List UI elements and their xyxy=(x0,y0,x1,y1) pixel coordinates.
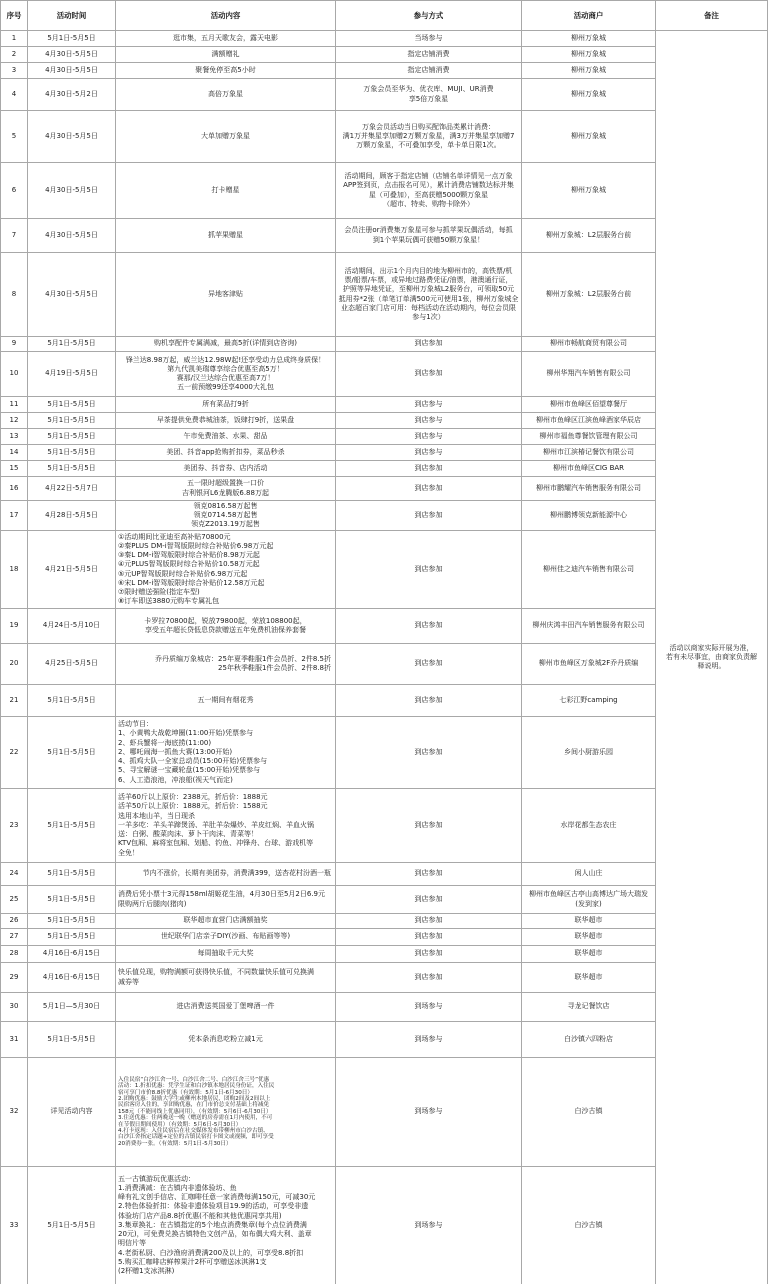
cell-merchant: 闲人山庄 xyxy=(522,863,656,886)
cell-content: 领克0816.58万起售 领克0714.58万起售 领克Z2013.19万起售 xyxy=(116,501,336,531)
cell-content: 锋兰达8.98万起，威兰达12.98W起!还享受动力总成终身质保！ 第九代凯美瑞… xyxy=(116,352,336,397)
cell-content: ①活动期间比亚迪至高补贴70800元 ②秦PLUS DM-i智驾版限时综合补贴价… xyxy=(116,531,336,609)
cell-merchant: 联华超市 xyxy=(522,946,656,963)
cell-time: 4月28日-5月5日 xyxy=(28,501,116,531)
cell-merchant: 柳州市畅航商贸有限公司 xyxy=(522,337,656,352)
table-row: 32详见活动内容入住民宿“白沙江舍一号、白沙江舍二号、白沙江舍三号”优惠 活动：… xyxy=(1,1058,768,1167)
cell-participation: 指定店铺消费 xyxy=(336,63,522,79)
cell-participation: 万象会员活动当日购买配饰品类累计消费： 满1万并集星享加赠2万颗万象星，满3万并… xyxy=(336,111,522,163)
cell-merchant: 柳州庆鸿丰田汽车销售服务有限公司 xyxy=(522,609,656,644)
table-row: 54月30日-5月5日大单加赠万象星万象会员活动当日购买配饰品类累计消费： 满1… xyxy=(1,111,768,163)
cell-time: 4月25日-5月5日 xyxy=(28,644,116,685)
cell-participation: 当场参与 xyxy=(336,31,522,47)
table-row: 184月21日-5月5日①活动期间比亚迪至高补贴70800元 ②秦PLUS DM… xyxy=(1,531,768,609)
cell-time: 4月30日-5月5日 xyxy=(28,47,116,63)
table-row: 294月16日-6月15日快乐值兑现，购物满额可获得快乐值，不同数量快乐值可兑换… xyxy=(1,963,768,993)
table-row: 125月1日-5月5日早茶提供免费恭城油茶，饭肆打9折，送果盘到店参与柳州市鱼峰… xyxy=(1,413,768,429)
cell-content: 消费后凭小票十3元得158ml胡姬花生油，4月30日至5月2日6.9元 限购两斤… xyxy=(116,886,336,914)
cell-index: 31 xyxy=(1,1022,28,1058)
cell-time: 4月30日-5月5日 xyxy=(28,63,116,79)
cell-merchant: 寻龙记餐饮店 xyxy=(522,993,656,1022)
cell-content: 所有菜品打9折 xyxy=(116,397,336,413)
cell-time: 5月1日-5月5日 xyxy=(28,445,116,461)
table-body: 15月1日-5月5日逛市集，五月天歌友会，露天电影当场参与柳州万象城活动以商家实… xyxy=(1,31,768,1284)
table-row: 84月30日-5月5日异地客津贴活动期间，出示1个月内目的地为柳州市的，高铁票/… xyxy=(1,253,768,337)
cell-merchant: 联华超市 xyxy=(522,914,656,929)
cell-merchant: 柳州市鱼峰区万象城2F乔丹质编 xyxy=(522,644,656,685)
cell-index: 20 xyxy=(1,644,28,685)
cell-index: 8 xyxy=(1,253,28,337)
cell-content: 五一古镇游玩优惠活动： 1.消费满减：在古镇内非遗体验坊、鱼 峰有礼文创手信店、… xyxy=(116,1167,336,1284)
cell-content: 乔丹质编万象城店：25年夏季鞋服1件会员折、2件8.5折 25年秋季鞋服1件会员… xyxy=(116,644,336,685)
cell-participation: 到店参加 xyxy=(336,352,522,397)
cell-participation: 到场参与 xyxy=(336,993,522,1022)
cell-index: 25 xyxy=(1,886,28,914)
cell-content: 美团券、抖音券、店内活动 xyxy=(116,461,336,477)
table-row: 115月1日-5月5日所有菜品打9折到店参与柳州市鱼峰区佰望尊餐厅 xyxy=(1,397,768,413)
cell-merchant: 柳州万象城 xyxy=(522,111,656,163)
cell-time: 4月24日-5月10日 xyxy=(28,609,116,644)
cell-index: 16 xyxy=(1,477,28,501)
cell-content: 入住民宿“白沙江舍一号、白沙江舍二号、白沙江舍三号”优惠 活动：1.折扣优惠：凭… xyxy=(116,1058,336,1167)
cell-content: 联华超市直营门店满额抽奖 xyxy=(116,914,336,929)
table-row: 245月1日-5月5日节内不涨价，长期有美团券，消费满399，送杏花村汾酒一瓶到… xyxy=(1,863,768,886)
table-row: 135月1日-5月5日午市免费油茶、水果、甜品到店参与柳州市福鱼尊餐饮管理有限公… xyxy=(1,429,768,445)
cell-merchant: 联华超市 xyxy=(522,963,656,993)
cell-time: 4月19日-5月5日 xyxy=(28,352,116,397)
cell-index: 7 xyxy=(1,219,28,253)
cell-participation: 到店参加 xyxy=(336,501,522,531)
table-row: 335月1日-5月5日五一古镇游玩优惠活动： 1.消费满减：在古镇内非遗体验坊、… xyxy=(1,1167,768,1284)
table-row: 255月1日-5月5日消费后凭小票十3元得158ml胡姬花生油，4月30日至5月… xyxy=(1,886,768,914)
cell-merchant: 柳州鹏博领克新能源中心 xyxy=(522,501,656,531)
cell-participation: 到店参加 xyxy=(336,477,522,501)
header-time: 活动时间 xyxy=(28,1,116,31)
cell-content: 节内不涨价，长期有美团券，消费满399，送杏花村汾酒一瓶 xyxy=(116,863,336,886)
cell-index: 15 xyxy=(1,461,28,477)
cell-merchant: 柳州市鱼峰区佰望尊餐厅 xyxy=(522,397,656,413)
cell-merchant: 乡间小厨游乐园 xyxy=(522,717,656,789)
cell-participation: 到场参与 xyxy=(336,1022,522,1058)
cell-time: 5月1日-5月5日 xyxy=(28,337,116,352)
cell-index: 27 xyxy=(1,929,28,946)
table-row: 225月1日-5月5日活动节目： 1、小黄鸭大战乾坤圈(11:00开始)凭票参与… xyxy=(1,717,768,789)
cell-time: 4月30日-5月5日 xyxy=(28,253,116,337)
cell-content: 世纪联华门店亲子DIY(沙画、布贴画等等) xyxy=(116,929,336,946)
cell-index: 10 xyxy=(1,352,28,397)
header-row: 序号 活动时间 活动内容 参与方式 活动商户 备注 xyxy=(1,1,768,31)
cell-time: 5月1日-5月5日 xyxy=(28,717,116,789)
table-row: 44月30日-5月2日高倍万象星万象会员至华为、优衣库、MUJI、UR消费 享5… xyxy=(1,79,768,111)
cell-participation: 到场参与 xyxy=(336,1058,522,1167)
cell-time: 4月30日-5月5日 xyxy=(28,111,116,163)
cell-content: 早茶提供免费恭城油茶，饭肆打9折，送果盘 xyxy=(116,413,336,429)
cell-merchant: 柳州市江滨椿记餐饮有限公司 xyxy=(522,445,656,461)
cell-time: 5月1日-5月5日 xyxy=(28,31,116,47)
cell-merchant: 七彩江野camping xyxy=(522,685,656,717)
cell-index: 9 xyxy=(1,337,28,352)
cell-content: 逛市集，五月天歌友会，露天电影 xyxy=(116,31,336,47)
cell-content: 五一限时超级置换一口价 吉利银河L6龙腾版6.88万起 xyxy=(116,477,336,501)
cell-time: 5月1日-5月5日 xyxy=(28,413,116,429)
cell-merchant: 白沙镇六四粉店 xyxy=(522,1022,656,1058)
cell-merchant: 柳州市福鱼尊餐饮管理有限公司 xyxy=(522,429,656,445)
cell-content: 异地客津贴 xyxy=(116,253,336,337)
cell-index: 12 xyxy=(1,413,28,429)
cell-merchant: 柳州万象城 xyxy=(522,79,656,111)
cell-merchant: 联华超市 xyxy=(522,929,656,946)
cell-index: 24 xyxy=(1,863,28,886)
cell-merchant: 柳州市鱼峰区古亭山高博达广场大瑞发 (发到家) xyxy=(522,886,656,914)
cell-merchant: 柳州华翔汽车销售有限公司 xyxy=(522,352,656,397)
cell-remarks: 活动以商家实际开展为准， 若有未尽事宜，由商家负责解 释说明。 xyxy=(656,31,768,1284)
cell-content: 满额赠礼 xyxy=(116,47,336,63)
cell-content: 进店消费送英国爱丁堡啤酒一件 xyxy=(116,993,336,1022)
cell-content: 聚餐免停至高5小时 xyxy=(116,63,336,79)
cell-index: 6 xyxy=(1,163,28,219)
cell-time: 4月16日-6月15日 xyxy=(28,963,116,993)
cell-time: 5月1日-5月5日 xyxy=(28,914,116,929)
header-merchant: 活动商户 xyxy=(522,1,656,31)
cell-merchant: 柳州万象城 xyxy=(522,47,656,63)
table-row: 164月22日-5月7日五一限时超级置换一口价 吉利银河L6龙腾版6.88万起到… xyxy=(1,477,768,501)
table-row: 284月16日-6月15日每周抽取千元大奖到店参加联华超市 xyxy=(1,946,768,963)
cell-participation: 到店参加 xyxy=(336,946,522,963)
cell-participation: 到店参加 xyxy=(336,963,522,993)
table-row: 305月1日—5月30日进店消费送英国爱丁堡啤酒一件到场参与寻龙记餐饮店 xyxy=(1,993,768,1022)
cell-merchant: 柳州市鹏耀汽车销售服务有限公司 xyxy=(522,477,656,501)
cell-index: 21 xyxy=(1,685,28,717)
cell-merchant: 白沙古镇 xyxy=(522,1167,656,1284)
cell-participation: 到店参与 xyxy=(336,445,522,461)
cell-index: 30 xyxy=(1,993,28,1022)
cell-participation: 到店参加 xyxy=(336,717,522,789)
cell-time: 4月16日-6月15日 xyxy=(28,946,116,963)
cell-content: 五一期间有烟花秀 xyxy=(116,685,336,717)
table-row: 95月1日-5月5日购机享配件专属满减，最高5折(详情到店咨询)到店参加柳州市畅… xyxy=(1,337,768,352)
cell-time: 5月1日-5月5日 xyxy=(28,461,116,477)
cell-merchant: 柳州市鱼峰区CIG BAR xyxy=(522,461,656,477)
table-row: 104月19日-5月5日锋兰达8.98万起，威兰达12.98W起!还享受动力总成… xyxy=(1,352,768,397)
events-table: 序号 活动时间 活动内容 参与方式 活动商户 备注 15月1日-5月5日逛市集，… xyxy=(0,0,768,1284)
table-row: 34月30日-5月5日聚餐免停至高5小时指定店铺消费柳州万象城 xyxy=(1,63,768,79)
cell-time: 4月30日-5月2日 xyxy=(28,79,116,111)
cell-time: 5月1日-5月5日 xyxy=(28,397,116,413)
table-row: 145月1日-5月5日美团、抖音app抢购折扣券，菜品秒杀到店参与柳州市江滨椿记… xyxy=(1,445,768,461)
cell-content: 活动节目： 1、小黄鸭大战乾坤圈(11:00开始)凭票参与 2、虾兵蟹将一海底捞… xyxy=(116,717,336,789)
cell-time: 5月1日-5月5日 xyxy=(28,429,116,445)
cell-time: 5月1日-5月5日 xyxy=(28,685,116,717)
cell-content: 购机享配件专属满减，最高5折(详情到店咨询) xyxy=(116,337,336,352)
cell-content: 大单加赠万象星 xyxy=(116,111,336,163)
cell-content: 高倍万象星 xyxy=(116,79,336,111)
table-row: 24月30日-5月5日满额赠礼指定店铺消费柳州万象城 xyxy=(1,47,768,63)
header-remarks: 备注 xyxy=(656,1,768,31)
cell-merchant: 柳州万象城：L2层服务台前 xyxy=(522,219,656,253)
cell-participation: 指定店铺消费 xyxy=(336,47,522,63)
table-row: 265月1日-5月5日联华超市直营门店满额抽奖到店参加联华超市 xyxy=(1,914,768,929)
cell-time: 4月30日-5月5日 xyxy=(28,163,116,219)
cell-index: 26 xyxy=(1,914,28,929)
table-row: 235月1日-5月5日活羊60斤以上原价：2388元，折后价：1888元 活羊5… xyxy=(1,789,768,863)
cell-content: 打卡赠星 xyxy=(116,163,336,219)
table-row: 315月1日-5月5日凭本条消息吃粉立减1元到场参与白沙镇六四粉店 xyxy=(1,1022,768,1058)
cell-index: 18 xyxy=(1,531,28,609)
cell-merchant: 柳州万象城 xyxy=(522,163,656,219)
cell-time: 5月1日-5月5日 xyxy=(28,1167,116,1284)
cell-participation: 到店参加 xyxy=(336,914,522,929)
table-row: 174月28日-5月5日领克0816.58万起售 领克0714.58万起售 领克… xyxy=(1,501,768,531)
cell-merchant: 水岸花都生态农庄 xyxy=(522,789,656,863)
table-row: 64月30日-5月5日打卡赠星活动期间，顾客于指定店铺（店铺名单详情见一点万象 … xyxy=(1,163,768,219)
cell-content: 美团、抖音app抢购折扣券，菜品秒杀 xyxy=(116,445,336,461)
header-index: 序号 xyxy=(1,1,28,31)
table-row: 194月24日-5月10日卡罗拉70800起，锐放79800起，荣放108800… xyxy=(1,609,768,644)
table-row: 204月25日-5月5日乔丹质编万象城店：25年夏季鞋服1件会员折、2件8.5折… xyxy=(1,644,768,685)
cell-participation: 到店参加 xyxy=(336,685,522,717)
cell-merchant: 柳州佳之迪汽车销售有限公司 xyxy=(522,531,656,609)
cell-time: 详见活动内容 xyxy=(28,1058,116,1167)
cell-index: 28 xyxy=(1,946,28,963)
cell-time: 5月1日-5月5日 xyxy=(28,929,116,946)
cell-merchant: 柳州万象城 xyxy=(522,63,656,79)
cell-participation: 到店参加 xyxy=(336,644,522,685)
cell-content: 凭本条消息吃粉立减1元 xyxy=(116,1022,336,1058)
cell-content: 活羊60斤以上原价：2388元，折后价：1888元 活羊50斤以上原价：1888… xyxy=(116,789,336,863)
cell-time: 4月21日-5月5日 xyxy=(28,531,116,609)
cell-content: 抓苹果赠星 xyxy=(116,219,336,253)
cell-index: 22 xyxy=(1,717,28,789)
cell-content: 快乐值兑现，购物满额可获得快乐值，不同数量快乐值可兑换满 减券等 xyxy=(116,963,336,993)
cell-time: 5月1日-5月5日 xyxy=(28,789,116,863)
table-row: 155月1日-5月5日美团券、抖音券、店内活动到店参加柳州市鱼峰区CIG BAR xyxy=(1,461,768,477)
cell-participation: 活动期间，出示1个月内目的地为柳州市的，高铁票/机 票/船票/车票，或异地过路费… xyxy=(336,253,522,337)
cell-index: 4 xyxy=(1,79,28,111)
cell-content: 每周抽取千元大奖 xyxy=(116,946,336,963)
cell-index: 5 xyxy=(1,111,28,163)
cell-participation: 到店参加 xyxy=(336,886,522,914)
cell-participation: 到店参加 xyxy=(336,863,522,886)
cell-index: 3 xyxy=(1,63,28,79)
cell-index: 13 xyxy=(1,429,28,445)
cell-participation: 到店参加 xyxy=(336,531,522,609)
cell-time: 5月1日-5月5日 xyxy=(28,1022,116,1058)
cell-index: 32 xyxy=(1,1058,28,1167)
cell-participation: 到店参加 xyxy=(336,929,522,946)
cell-index: 11 xyxy=(1,397,28,413)
cell-time: 5月1日-5月5日 xyxy=(28,863,116,886)
cell-merchant: 柳州市鱼峰区江滨鱼峰酒家华辰店 xyxy=(522,413,656,429)
cell-participation: 到店参加 xyxy=(336,337,522,352)
cell-participation: 活动期间，顾客于指定店铺（店铺名单详情见一点万象 APP签到页，点击报名可见），… xyxy=(336,163,522,219)
table-row: 15月1日-5月5日逛市集，五月天歌友会，露天电影当场参与柳州万象城活动以商家实… xyxy=(1,31,768,47)
cell-index: 19 xyxy=(1,609,28,644)
cell-time: 4月22日-5月7日 xyxy=(28,477,116,501)
cell-time: 5月1日—5月30日 xyxy=(28,993,116,1022)
cell-index: 17 xyxy=(1,501,28,531)
table-row: 275月1日-5月5日世纪联华门店亲子DIY(沙画、布贴画等等)到店参加联华超市 xyxy=(1,929,768,946)
cell-index: 14 xyxy=(1,445,28,461)
table-row: 215月1日-5月5日五一期间有烟花秀到店参加七彩江野camping xyxy=(1,685,768,717)
cell-participation: 到店参加 xyxy=(336,609,522,644)
cell-participation: 会员注册or消费集万象星可参与抓苹果玩偶活动，每抓 到1个苹果玩偶可获赠50颗万… xyxy=(336,219,522,253)
cell-content: 卡罗拉70800起，锐放79800起，荣放108800起， 享受五年超长贷低息贷… xyxy=(116,609,336,644)
cell-participation: 到店参与 xyxy=(336,413,522,429)
cell-participation: 到店参与 xyxy=(336,397,522,413)
cell-index: 33 xyxy=(1,1167,28,1284)
cell-merchant: 白沙古镇 xyxy=(522,1058,656,1167)
cell-participation: 到店参与 xyxy=(336,429,522,445)
cell-merchant: 柳州万象城 xyxy=(522,31,656,47)
cell-time: 4月30日-5月5日 xyxy=(28,219,116,253)
cell-index: 2 xyxy=(1,47,28,63)
cell-participation: 到场参与 xyxy=(336,1167,522,1284)
cell-participation: 到店参加 xyxy=(336,461,522,477)
cell-merchant: 柳州万象城：L2层服务台前 xyxy=(522,253,656,337)
header-participation: 参与方式 xyxy=(336,1,522,31)
table-row: 74月30日-5月5日抓苹果赠星会员注册or消费集万象星可参与抓苹果玩偶活动，每… xyxy=(1,219,768,253)
cell-index: 29 xyxy=(1,963,28,993)
cell-participation: 万象会员至华为、优衣库、MUJI、UR消费 享5倍万象星 xyxy=(336,79,522,111)
cell-participation: 到店参加 xyxy=(336,789,522,863)
cell-index: 23 xyxy=(1,789,28,863)
header-content: 活动内容 xyxy=(116,1,336,31)
cell-index: 1 xyxy=(1,31,28,47)
cell-content: 午市免费油茶、水果、甜品 xyxy=(116,429,336,445)
cell-time: 5月1日-5月5日 xyxy=(28,886,116,914)
